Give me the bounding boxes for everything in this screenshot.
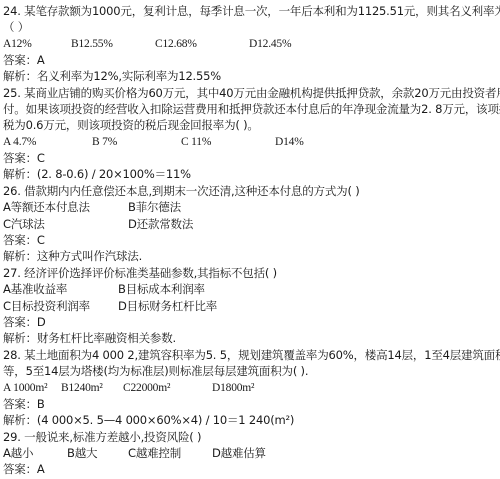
question-26-analysis: 解析：这种方式叫作汽球法. bbox=[3, 248, 142, 264]
analysis-text: (4 000×5. 5—4 000×60%×4) / 10＝1 240(m²) bbox=[37, 413, 294, 427]
option-d: D还款常数法 bbox=[128, 216, 193, 232]
analysis-text: (2. 8-0.6) / 20×100%＝11% bbox=[37, 167, 191, 181]
exam-document-page: 24. 某笔存款额为1000元，复利计息，每季计息一次，一年后本利和为1125.… bbox=[0, 0, 500, 479]
question-25-options: A 4.7% B 7% C 11% D14% bbox=[3, 134, 498, 150]
question-27-stem: 27. 经济评价选择评价标准类基础参数,其指标不包括( ) bbox=[3, 265, 277, 281]
option-b: B1240m² bbox=[61, 380, 103, 396]
option-d: D1800m² bbox=[212, 380, 254, 396]
option-c: C越难控制 bbox=[128, 445, 181, 461]
option-a: A等额还本付息法 bbox=[3, 199, 90, 215]
answer-value: A bbox=[37, 53, 45, 67]
question-25-stem-line-2: 付。如果该项投资的经营收入扣除运营费用和抵押贷款还本付息后的年净现金流量为2. … bbox=[3, 101, 500, 117]
question-27-analysis: 解析：财务杠杆比率融资相关参数. bbox=[3, 330, 176, 346]
analysis-label: 解析： bbox=[3, 413, 37, 427]
question-25-stem-line-1: 25. 某商业店铺的购买价格为60万元，其中40万元由金融机构提供抵押贷款，余款… bbox=[3, 85, 500, 101]
answer-label: 答案： bbox=[3, 315, 37, 329]
question-28-answer: 答案：B bbox=[3, 396, 45, 412]
answer-value: A bbox=[37, 462, 45, 476]
option-c: C12.68% bbox=[155, 36, 197, 52]
answer-value: C bbox=[37, 233, 45, 247]
option-c: C 11% bbox=[181, 134, 211, 150]
question-24-stem-line-1: 24. 某笔存款额为1000元，复利计息，每季计息一次，一年后本利和为1125.… bbox=[3, 3, 500, 19]
analysis-label: 解析： bbox=[3, 69, 37, 83]
answer-value: C bbox=[37, 151, 45, 165]
option-d: D14% bbox=[275, 134, 304, 150]
question-28-stem-line-2: 等，5至14层为塔楼(均为标准层)则标准层每层建筑面积为( ). bbox=[3, 363, 308, 379]
answer-value: D bbox=[37, 315, 46, 329]
analysis-label: 解析： bbox=[3, 167, 37, 181]
question-28-analysis: 解析：(4 000×5. 5—4 000×60%×4) / 10＝1 240(m… bbox=[3, 412, 294, 428]
question-24-analysis: 解析：名义利率为12%,实际利率为12.55% bbox=[3, 68, 221, 84]
question-26-answer: 答案：C bbox=[3, 232, 45, 248]
answer-value: B bbox=[37, 397, 45, 411]
option-a: A12% bbox=[3, 36, 32, 52]
answer-label: 答案： bbox=[3, 53, 37, 67]
option-d: D12.45% bbox=[249, 36, 291, 52]
option-b: B菲尔德法 bbox=[128, 199, 181, 215]
answer-label: 答案： bbox=[3, 151, 37, 165]
question-26-options-row-2: C汽球法 D还款常数法 bbox=[3, 216, 498, 232]
analysis-text: 这种方式叫作汽球法. bbox=[37, 249, 142, 263]
question-28-options: A 1000m² B1240m² C22000m² D1800m² bbox=[3, 380, 498, 396]
question-25-stem-line-3: 税为0.6万元，则该项投资的税后现金回报率为( )。 bbox=[3, 117, 259, 133]
question-29-stem: 29. 一般说来,标准方差越小,投资风险( ) bbox=[3, 429, 201, 445]
option-a: A基准收益率 bbox=[3, 281, 67, 297]
option-a: A越小 bbox=[3, 445, 33, 461]
option-a: A 4.7% bbox=[3, 134, 36, 150]
question-25-analysis: 解析：(2. 8-0.6) / 20×100%＝11% bbox=[3, 166, 191, 182]
question-27-options-row-2: C目标投资利润率 D目标财务杠杆比率 bbox=[3, 298, 498, 314]
question-26-options-row-1: A等额还本付息法 B菲尔德法 bbox=[3, 199, 498, 215]
option-a: A 1000m² bbox=[3, 380, 47, 396]
question-29-answer: 答案：A bbox=[3, 461, 45, 477]
option-d: D目标财务杠杆比率 bbox=[118, 298, 217, 314]
analysis-text: 财务杠杆比率融资相关参数. bbox=[37, 331, 176, 345]
analysis-text: 名义利率为12%,实际利率为12.55% bbox=[37, 69, 221, 83]
answer-label: 答案： bbox=[3, 233, 37, 247]
option-b: B12.55% bbox=[71, 36, 113, 52]
question-24-stem-line-2: （ ） bbox=[3, 19, 29, 35]
option-c: C22000m² bbox=[123, 380, 170, 396]
option-d: D越难估算 bbox=[212, 445, 266, 461]
question-27-answer: 答案：D bbox=[3, 314, 46, 330]
option-c: C汽球法 bbox=[3, 216, 45, 232]
option-b: B越大 bbox=[67, 445, 97, 461]
option-b: B 7% bbox=[92, 134, 117, 150]
question-24-answer: 答案：A bbox=[3, 52, 45, 68]
answer-label: 答案： bbox=[3, 462, 37, 476]
option-b: B目标成本利润率 bbox=[118, 281, 205, 297]
question-28-stem-line-1: 28. 某土地面积为4 000 2,建筑容积率为5. 5，规划建筑覆盖率为60%… bbox=[3, 347, 500, 363]
question-27-options-row-1: A基准收益率 B目标成本利润率 bbox=[3, 281, 498, 297]
question-25-answer: 答案：C bbox=[3, 150, 45, 166]
question-29-options: A越小 B越大 C越难控制 D越难估算 bbox=[3, 445, 498, 461]
question-24-options: A12% B12.55% C12.68% D12.45% bbox=[3, 36, 498, 52]
answer-label: 答案： bbox=[3, 397, 37, 411]
question-26-stem: 26. 借款期内内任意偿还本息,到期末一次还清,这种还本付息的方式为( ) bbox=[3, 183, 359, 199]
option-c: C目标投资利润率 bbox=[3, 298, 90, 314]
analysis-label: 解析： bbox=[3, 249, 37, 263]
analysis-label: 解析： bbox=[3, 331, 37, 345]
